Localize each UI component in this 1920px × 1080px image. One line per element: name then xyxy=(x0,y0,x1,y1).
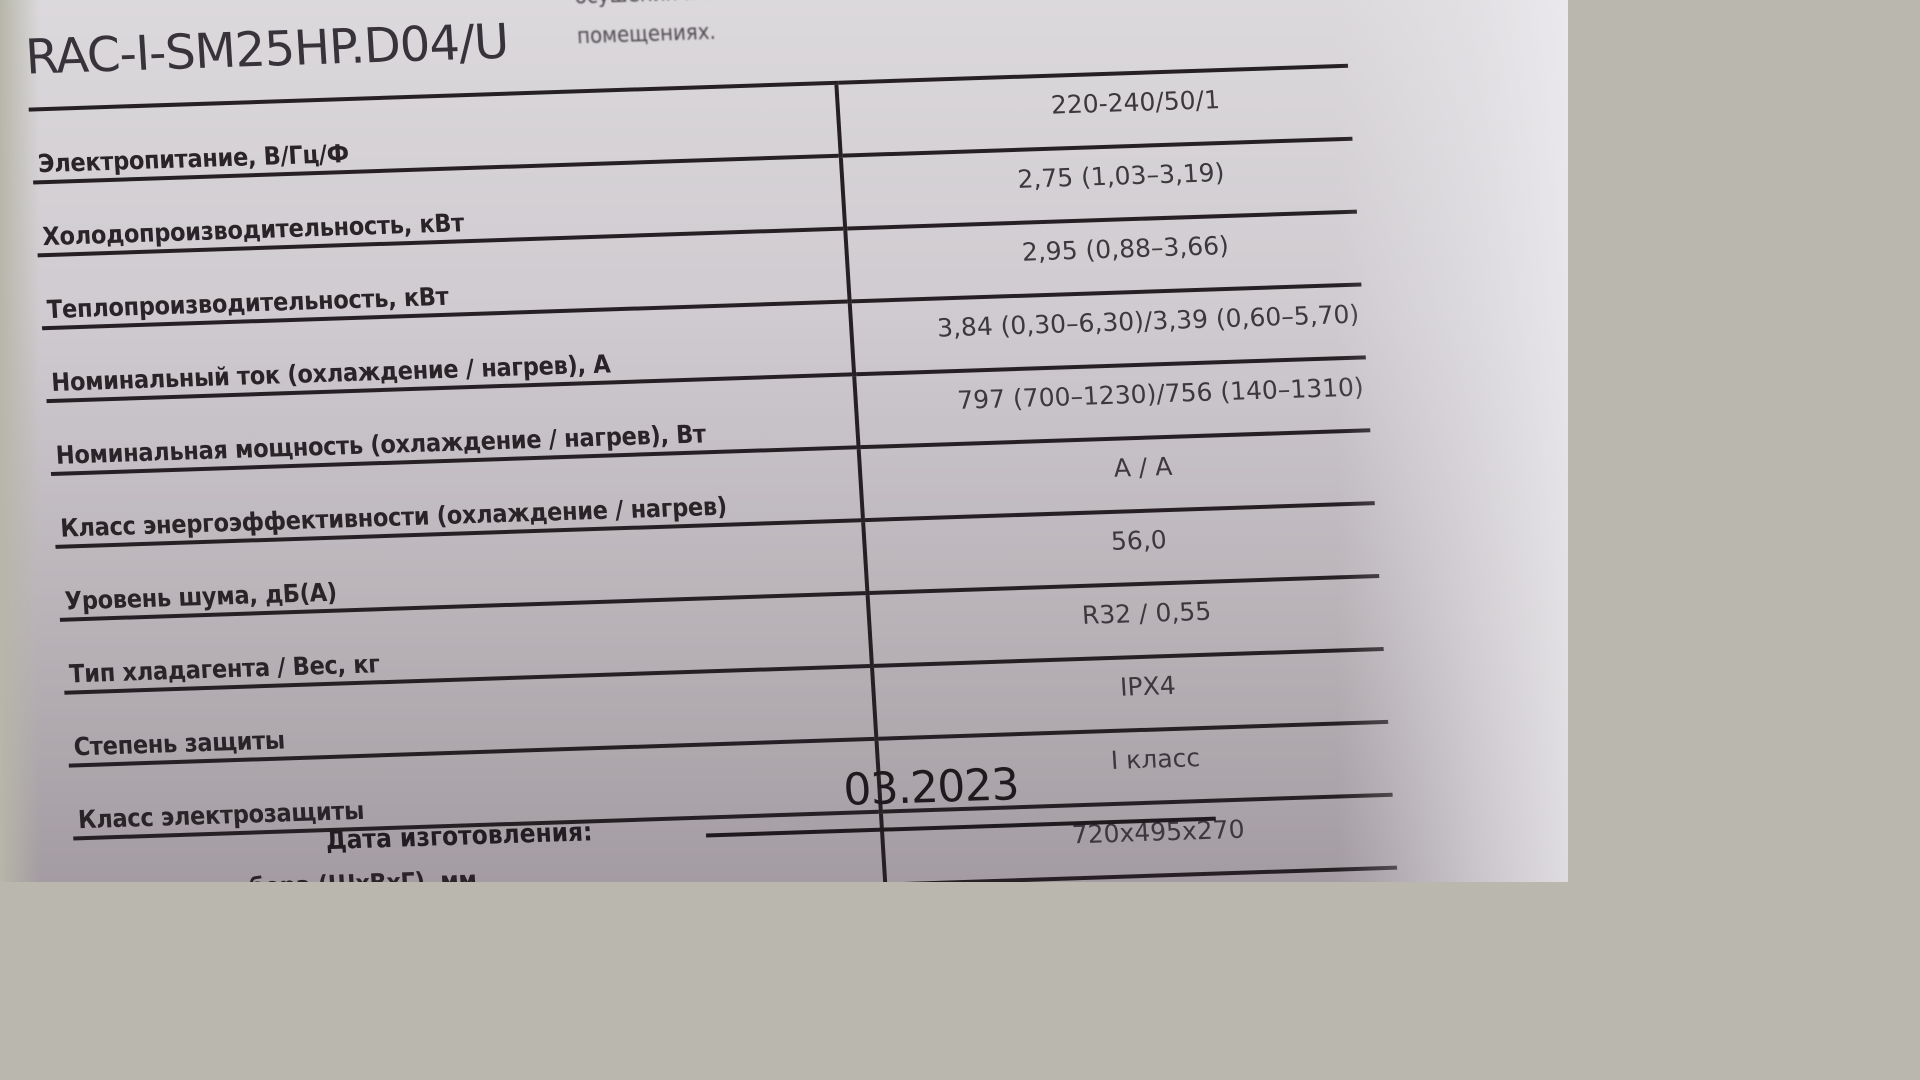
model-number: RAC-I-SM25HP.D04/U xyxy=(24,14,510,86)
product-label: RAC-I-SM25HP.D04/U осушения и вентиляции… xyxy=(14,0,1428,882)
manufacture-date-value: 03.2023 xyxy=(842,759,1020,816)
product-description: осушения и вентиляции воздуха в бытовых … xyxy=(573,0,1278,57)
manufacture-date-label: Дата изготовления: xyxy=(325,817,593,856)
label-photo: RAC-I-SM25HP.D04/U осушения и вентиляции… xyxy=(0,0,1568,882)
